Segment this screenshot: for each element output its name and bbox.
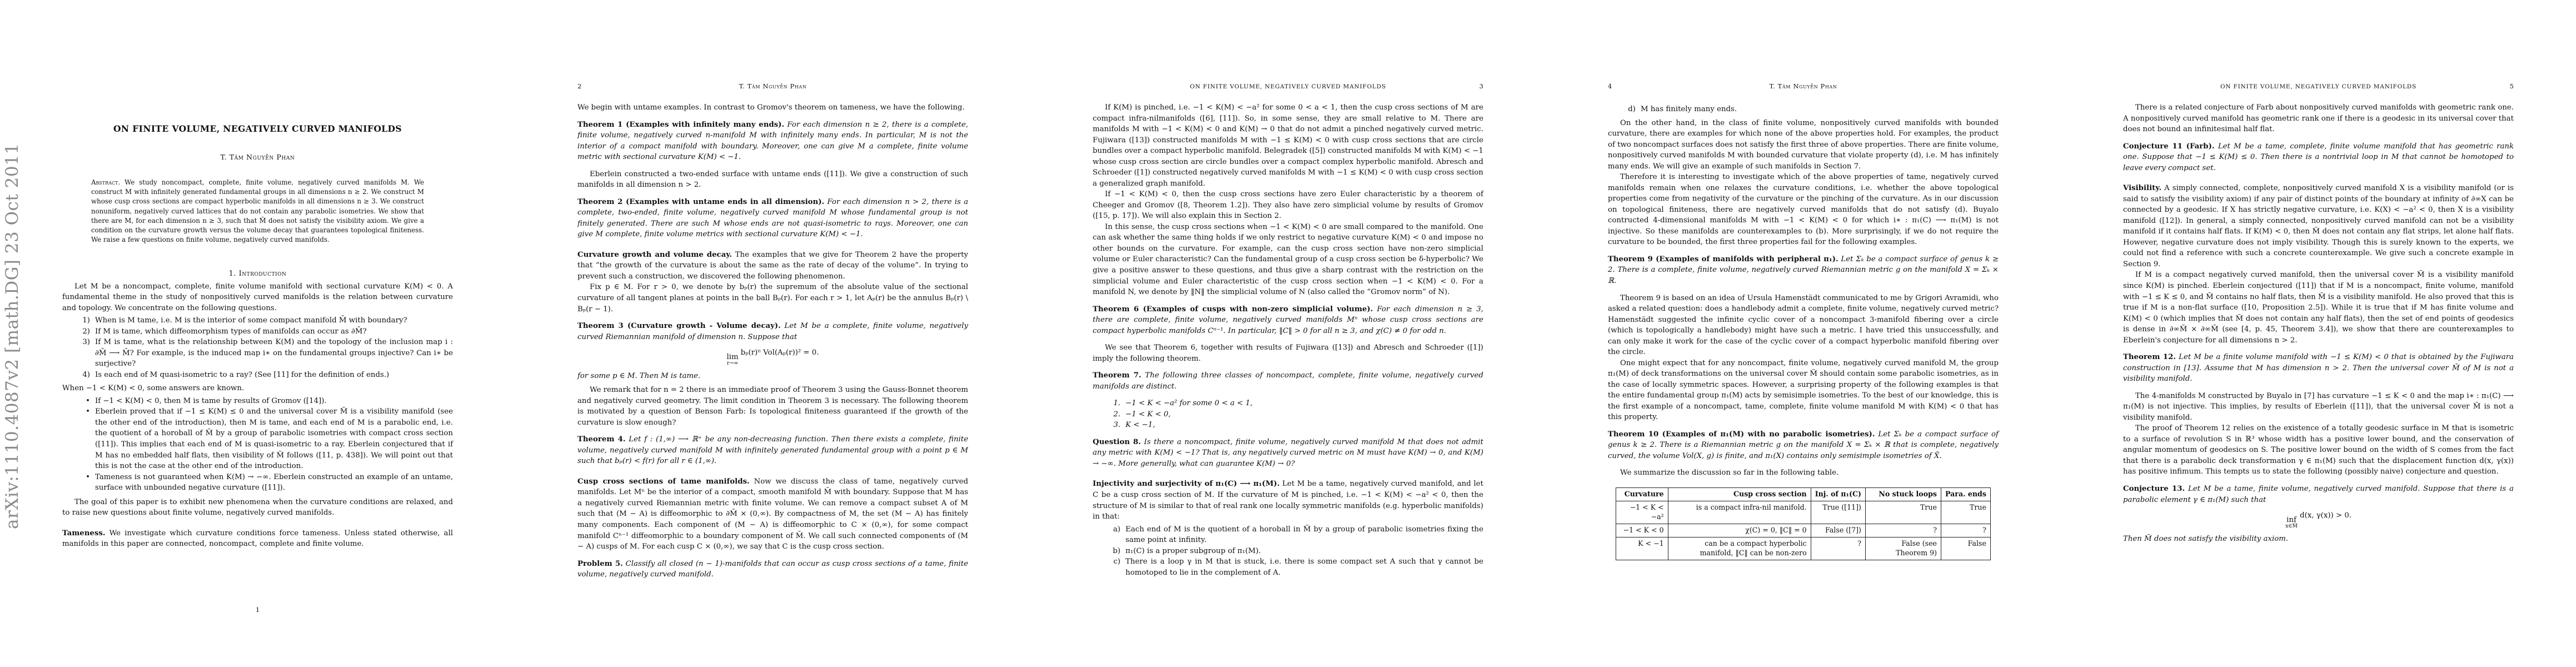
table-cell: True ([11]) bbox=[1811, 501, 1865, 524]
list-marker: 3) bbox=[76, 337, 95, 370]
header-page-number: 4 bbox=[1608, 82, 1630, 90]
header-running-title: T. Tâm Nguyễn Phan bbox=[600, 82, 946, 90]
paper-spread: { "arxiv_watermark": "arXiv:1110.4087v2 … bbox=[0, 0, 2576, 667]
list: a)Each end of M is the quotient of a hor… bbox=[1093, 524, 1483, 579]
table-cell: True bbox=[1941, 501, 1991, 524]
list-item-text: Tameness is not guaranteed when K(M) → −… bbox=[95, 472, 453, 494]
header-running-title: ON FINITE VOLUME, NEGATIVELY CURVED MANI… bbox=[1115, 83, 1461, 90]
list-marker: 1. bbox=[1106, 398, 1125, 409]
table-row: −1 < K < −a²is a compact infra-nil manif… bbox=[1616, 501, 1991, 524]
theorem-label: Theorem 1 (Examples with infinitely many… bbox=[577, 121, 784, 129]
list-item-text: −1 < K < −a² for some 0 < a < 1, bbox=[1125, 398, 1483, 409]
theorem-label: Conjecture 13. bbox=[2123, 485, 2185, 493]
page-1: ON FINITE VOLUME, NEGATIVELY CURVED MANI… bbox=[0, 0, 515, 667]
paragraph: Fix p ∈ M. For r > 0, we denote by bₚ(r)… bbox=[577, 282, 968, 315]
run-in-label: Curvature growth and volume decay. bbox=[577, 251, 732, 259]
theorem-body: The following three classes of noncompac… bbox=[1093, 371, 1483, 391]
list-marker: 3. bbox=[1106, 420, 1125, 431]
list-item-text: Is each end of M quasi-isometric to a ra… bbox=[95, 370, 453, 381]
list: •If −1 < K(M) < 0, then M is tame by res… bbox=[62, 396, 453, 494]
table-header-row: CurvatureCusp cross sectionInj. of π₁(C)… bbox=[1616, 488, 1991, 501]
table-header-cell: Cusp cross section bbox=[1668, 488, 1811, 501]
table-cell: ? bbox=[1865, 524, 1941, 537]
paragraph: When −1 < K(M) < 0, some answers are kno… bbox=[62, 383, 453, 394]
paragraph: If M is a compact negatively curved mani… bbox=[2123, 270, 2514, 346]
paragraph: If K(M) is pinched, i.e. −1 < K(M) < −a²… bbox=[1093, 102, 1483, 189]
theorem: Theorem 12. Let M be a finite volume man… bbox=[2123, 352, 2514, 385]
list-item: •Tameness is not guaranteed when K(M) → … bbox=[62, 472, 453, 494]
operator-subscript: r→∞ bbox=[727, 361, 738, 366]
list-item: 4)Is each end of M quasi-isometric to a … bbox=[62, 370, 453, 381]
list: 1.−1 < K < −a² for some 0 < a < 1,2.−1 <… bbox=[1093, 398, 1483, 431]
theorem-label: Theorem 4. bbox=[577, 435, 625, 444]
run-in-label: Injectivity and surjectivity of π₁(C) ⟶ … bbox=[1093, 480, 1279, 488]
list-marker: 2. bbox=[1106, 409, 1125, 420]
paragraph: Theorem 9 is based on an idea of Ursula … bbox=[1608, 293, 1999, 358]
list-item: 3.K < −1, bbox=[1093, 420, 1483, 431]
list-marker: • bbox=[76, 396, 95, 407]
theorem: Theorem 1 (Examples with infinitely many… bbox=[577, 120, 968, 163]
list-marker: • bbox=[76, 472, 95, 494]
paragraph: One might expect that for any noncompact… bbox=[1608, 358, 1999, 423]
theorem: Theorem 3 (Curvature growth - Volume dec… bbox=[577, 321, 968, 342]
table-cell: ? bbox=[1941, 524, 1991, 537]
theorem-label: Theorem 2 (Examples with untame ends in … bbox=[577, 198, 824, 206]
equation: infx∈M̃d(x, γ(x)) > 0. bbox=[2123, 511, 2514, 529]
theorem: Theorem 6 (Examples of cusps with non-ze… bbox=[1093, 304, 1483, 337]
theorem: Question 8. Is there a noncompact, finit… bbox=[1093, 437, 1483, 470]
theorem-body: Is there a noncompact, finite volume, ne… bbox=[1093, 438, 1483, 468]
list-item-text: −1 < K < 0, bbox=[1125, 409, 1483, 420]
theorem-label: Theorem 7. bbox=[1093, 371, 1142, 380]
paragraph: If −1 < K(M) < 0, then the cusp cross se… bbox=[1093, 189, 1483, 222]
paragraph: In this sense, the cusp cross sections w… bbox=[1093, 222, 1483, 298]
header-page-number: 3 bbox=[1461, 82, 1483, 90]
paragraph: There is a related conjecture of Farb ab… bbox=[2123, 102, 2514, 135]
table-cell: K < −1 bbox=[1616, 537, 1668, 560]
run-in-section: Visibility. A simply connected, complete… bbox=[2123, 183, 2514, 270]
page-header: ON FINITE VOLUME, NEGATIVELY CURVED MANI… bbox=[2123, 82, 2514, 90]
page-header: 2T. Tâm Nguyễn Phan bbox=[577, 82, 968, 90]
theorem: Problem 5. Classify all closed (n − 1)-m… bbox=[577, 559, 968, 580]
paragraph: The proof of Theorem 12 relies on the ex… bbox=[2123, 423, 2514, 477]
run-in-label: Cusp cross sections of tame manifolds. bbox=[577, 477, 750, 486]
page-header: ON FINITE VOLUME, NEGATIVELY CURVED MANI… bbox=[1093, 82, 1483, 90]
equation: limr→∞bₚ(r)ⁿ Vol(Aₚ(r))² = 0. bbox=[577, 349, 968, 366]
list-item-text: M has finitely many ends. bbox=[1641, 104, 1999, 115]
list-marker: d) bbox=[1621, 104, 1641, 115]
list-item: 1.−1 < K < −a² for some 0 < a < 1, bbox=[1093, 398, 1483, 409]
table-cell: −1 < K < −a² bbox=[1616, 501, 1668, 524]
list-item: d)M has finitely many ends. bbox=[1608, 104, 1999, 115]
pages-container: ON FINITE VOLUME, NEGATIVELY CURVED MANI… bbox=[0, 0, 2576, 667]
list-item-text: K < −1, bbox=[1125, 420, 1483, 431]
theorem: Theorem 7. The following three classes o… bbox=[1093, 370, 1483, 392]
list: d)M has finitely many ends. bbox=[1608, 104, 1999, 115]
table-header-cell: Inj. of π₁(C) bbox=[1811, 488, 1865, 501]
list-item-text: Eberlein proved that if −1 ≤ K(M) ≤ 0 an… bbox=[95, 406, 453, 471]
list: 1)When is M tame, i.e. M is the interior… bbox=[62, 315, 453, 380]
run-in-section: Injectivity and surjectivity of π₁(C) ⟶ … bbox=[1093, 479, 1483, 522]
list-marker: 2) bbox=[76, 326, 95, 337]
paragraph: We remark that for n = 2 there is an imm… bbox=[577, 385, 968, 428]
page-number: 1 bbox=[0, 606, 515, 614]
table-cell: can be a compact hyperbolic manifold, ‖C… bbox=[1668, 537, 1811, 560]
equation-operator: limr→∞ bbox=[727, 353, 739, 366]
page-2: 2T. Tâm Nguyễn PhanWe begin with untame … bbox=[515, 0, 1030, 667]
run-in-section: Cusp cross sections of tame manifolds. N… bbox=[577, 476, 968, 552]
paragraph: We summarize the discussion so far in th… bbox=[1608, 467, 1999, 479]
list-item-text: There is a loop γ in M that is stuck, i.… bbox=[1125, 556, 1483, 578]
paragraph: Therefore it is interesting to investiga… bbox=[1608, 172, 1999, 248]
table-head: CurvatureCusp cross sectionInj. of π₁(C)… bbox=[1616, 488, 1991, 501]
table-cell: −1 < K < 0 bbox=[1616, 524, 1668, 537]
table-header-cell: No stuck loops bbox=[1865, 488, 1941, 501]
section-heading: 1. Introduction bbox=[62, 270, 453, 278]
table-row: K < −1can be a compact hyperbolic manifo… bbox=[1616, 537, 1991, 560]
page-header: 4T. Tâm Nguyễn Phan bbox=[1608, 82, 1999, 90]
theorem-body: Classify all closed (n − 1)-manifolds th… bbox=[577, 560, 968, 579]
theorem-label: Question 8. bbox=[1093, 438, 1141, 446]
list-item: 2.−1 < K < 0, bbox=[1093, 409, 1483, 420]
list-item-text: π₁(C) is a proper subgroup of π₁(M). bbox=[1125, 546, 1483, 557]
paragraph: for some p ∈ M. Then M is tame. bbox=[577, 371, 968, 382]
table-cell: False (see Theorem 9) bbox=[1865, 537, 1941, 560]
run-in-section: Curvature growth and volume decay. The e… bbox=[577, 250, 968, 282]
list-item: 1)When is M tame, i.e. M is the interior… bbox=[62, 315, 453, 326]
paragraph: Eberlein constructed a two-ended surface… bbox=[577, 169, 968, 191]
equation-operator: infx∈M̃ bbox=[2285, 516, 2298, 529]
list-marker: 1) bbox=[76, 315, 95, 326]
table-cell: ? bbox=[1811, 537, 1865, 560]
theorem: Theorem 2 (Examples with untame ends in … bbox=[577, 197, 968, 240]
table-header-cell: Para. ends bbox=[1941, 488, 1991, 501]
list-item-text: When is M tame, i.e. M is the interior o… bbox=[95, 315, 453, 326]
operator-subscript: x∈M̃ bbox=[2285, 524, 2298, 529]
list-item: 2)If M is tame, which diffeomorphism typ… bbox=[62, 326, 453, 337]
table-cell: is a compact infra-nil manifold. bbox=[1668, 501, 1811, 524]
page-5: ON FINITE VOLUME, NEGATIVELY CURVED MANI… bbox=[2061, 0, 2576, 667]
theorem: Theorem 4. Let f : (1,∞) ⟶ ℝ⁺ be any non… bbox=[577, 434, 968, 467]
equation-body: bₚ(r)ⁿ Vol(Aₚ(r))² = 0. bbox=[741, 349, 819, 357]
table-body: −1 < K < −a²is a compact infra-nil manif… bbox=[1616, 501, 1991, 560]
header-page-number: 5 bbox=[2492, 82, 2514, 90]
table-cell: False ([7]) bbox=[1811, 524, 1865, 537]
list-marker: b) bbox=[1106, 546, 1125, 557]
list-item-text: If M is tame, which diffeomorphism types… bbox=[95, 326, 453, 337]
paragraph: On the other hand, in the class of finit… bbox=[1608, 118, 1999, 172]
list-item: a)Each end of M is the quotient of a hor… bbox=[1093, 524, 1483, 546]
table-row: −1 < K < 0χ(C) = 0, ‖C‖ = 0False ([7])?? bbox=[1616, 524, 1991, 537]
paper-title: ON FINITE VOLUME, NEGATIVELY CURVED MANI… bbox=[62, 123, 453, 134]
list-marker: a) bbox=[1106, 524, 1125, 546]
paragraph: We begin with untame examples. In contra… bbox=[577, 102, 968, 113]
theorem-label: Theorem 3 (Curvature growth - Volume dec… bbox=[577, 322, 781, 330]
theorem: Theorem 10 (Examples of π₁(M) with no pa… bbox=[1608, 429, 1999, 462]
header-page-number: 2 bbox=[577, 82, 600, 90]
paragraph: The 4-manifolds M constructed by Buyalo … bbox=[2123, 391, 2514, 424]
equation-body: d(x, γ(x)) > 0. bbox=[2300, 511, 2351, 520]
theorem-body: Let M be a finite volume manifold with −… bbox=[2123, 353, 2514, 383]
page-4: 4T. Tâm Nguyễn Phand)M has finitely many… bbox=[1546, 0, 2061, 667]
paragraph: Then M̃ does not satisfy the visibility … bbox=[2123, 534, 2514, 545]
list-item: 3)If M is tame, what is the relationship… bbox=[62, 337, 453, 370]
list-item-text: If M is tame, what is the relationship b… bbox=[95, 337, 453, 370]
list-item-text: Each end of M is the quotient of a horob… bbox=[1125, 524, 1483, 546]
theorem-label: Theorem 10 (Examples of π₁(M) with no pa… bbox=[1608, 430, 1875, 439]
table-cell: True bbox=[1865, 501, 1941, 524]
theorem-label: Conjecture 11 (Farb). bbox=[2123, 142, 2215, 151]
theorem: Theorem 9 (Examples of manifolds with pe… bbox=[1608, 254, 1999, 287]
paragraph: We see that Theorem 6, together with res… bbox=[1093, 342, 1483, 364]
abstract: Abstract. We study noncompact, complete,… bbox=[91, 178, 424, 245]
list-item: •Eberlein proved that if −1 ≤ K(M) ≤ 0 a… bbox=[62, 406, 453, 471]
author-name: T. Tâm Nguyễn Phan bbox=[62, 153, 453, 161]
paragraph: The goal of this paper is to exhibit new… bbox=[62, 497, 453, 519]
list-item: b)π₁(C) is a proper subgroup of π₁(M). bbox=[1093, 546, 1483, 557]
theorem-label: Problem 5. bbox=[577, 560, 623, 568]
list-item: •If −1 < K(M) < 0, then M is tame by res… bbox=[62, 396, 453, 407]
table-header-cell: Curvature bbox=[1616, 488, 1668, 501]
theorem: Conjecture 13. Let M be a tame, finite v… bbox=[2123, 484, 2514, 505]
list-marker: 4) bbox=[76, 370, 95, 381]
summary-table: CurvatureCusp cross sectionInj. of π₁(C)… bbox=[1616, 487, 1991, 560]
header-running-title: T. Tâm Nguyễn Phan bbox=[1630, 82, 1976, 90]
theorem-label: Theorem 6 (Examples of cusps with non-ze… bbox=[1093, 305, 1373, 313]
theorem: Conjecture 11 (Farb). Let M be a tame, c… bbox=[2123, 141, 2514, 174]
page-3: ON FINITE VOLUME, NEGATIVELY CURVED MANI… bbox=[1030, 0, 1546, 667]
table-cell: χ(C) = 0, ‖C‖ = 0 bbox=[1668, 524, 1811, 537]
list-marker: • bbox=[76, 406, 95, 471]
abstract-label: Abstract. bbox=[91, 178, 120, 186]
list-item-text: If −1 < K(M) < 0, then M is tame by resu… bbox=[95, 396, 453, 407]
arxiv-watermark: arXiv:1110.4087v2 [math.DG] 23 Oct 2011 bbox=[2, 143, 22, 529]
header-running-title: ON FINITE VOLUME, NEGATIVELY CURVED MANI… bbox=[2145, 83, 2492, 90]
list-marker: c) bbox=[1106, 556, 1125, 578]
theorem-label: Theorem 9 (Examples of manifolds with pe… bbox=[1608, 255, 1838, 263]
table-cell: False bbox=[1941, 537, 1991, 560]
theorem-body: Let f : (1,∞) ⟶ ℝ⁺ be any non-decreasing… bbox=[577, 435, 968, 465]
list-item: c)There is a loop γ in M that is stuck, … bbox=[1093, 556, 1483, 578]
run-in-section: Tameness. We investigate which curvature… bbox=[62, 528, 453, 550]
run-in-label: Tameness. bbox=[62, 529, 106, 537]
run-in-label: Visibility. bbox=[2123, 184, 2161, 192]
paragraph: Let M be a noncompact, complete, finite … bbox=[62, 281, 453, 314]
theorem-label: Theorem 12. bbox=[2123, 353, 2176, 361]
